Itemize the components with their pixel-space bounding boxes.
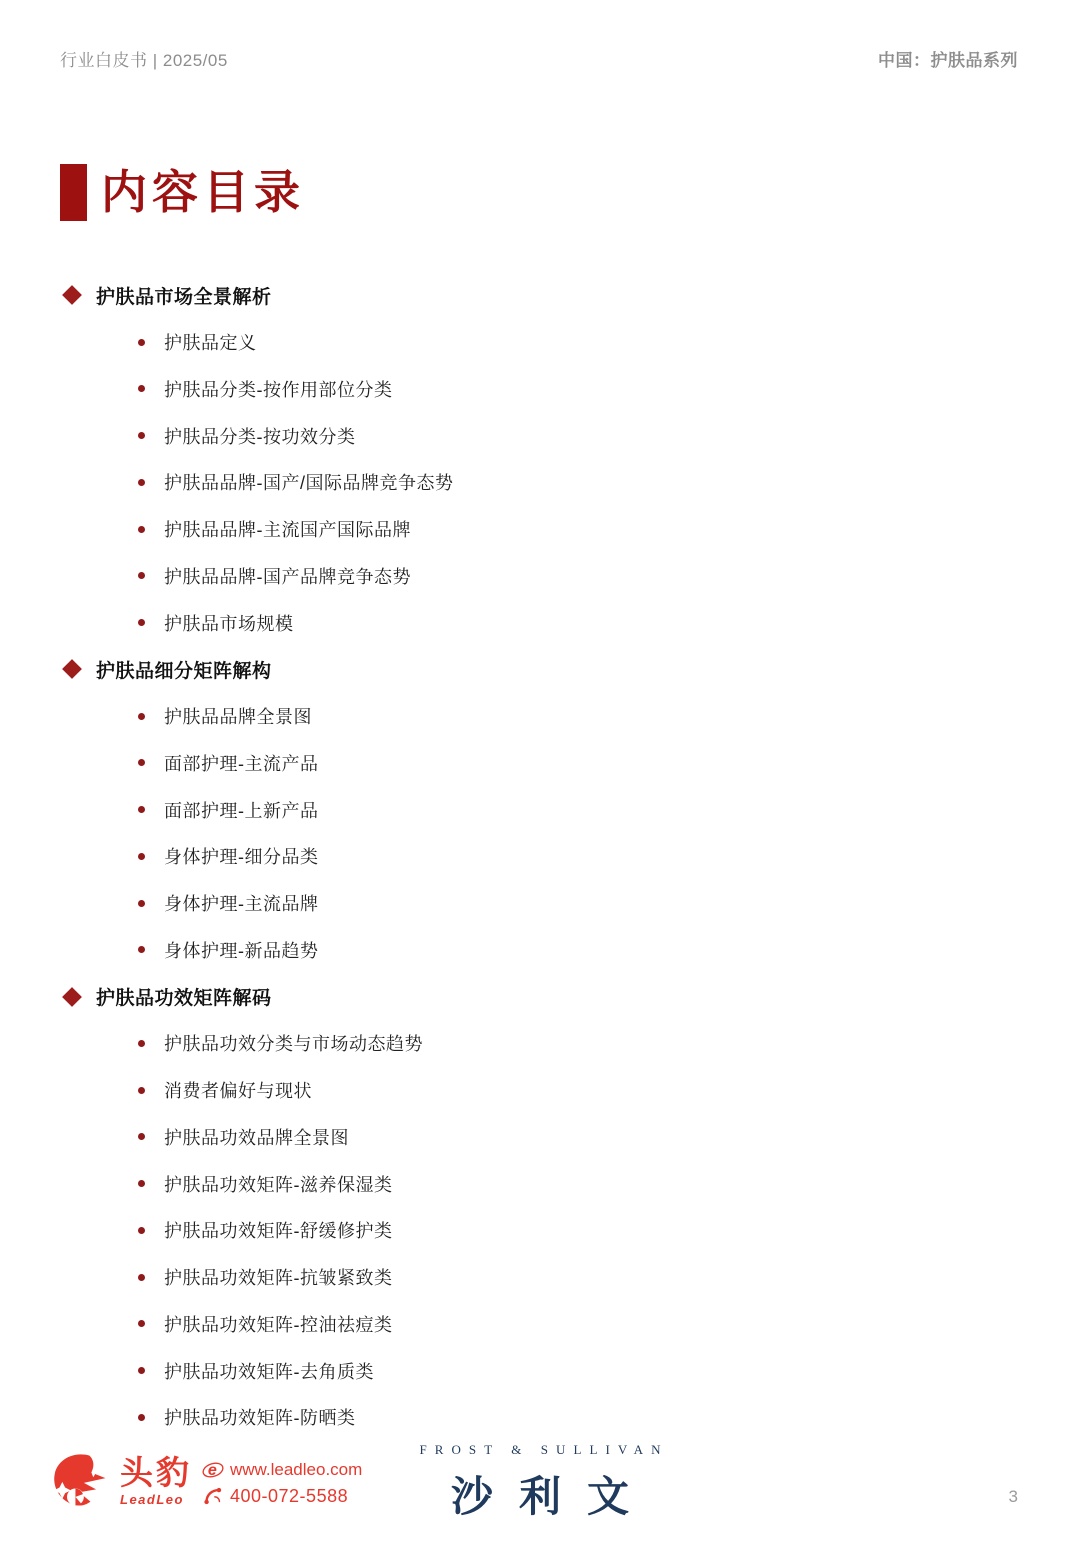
- page-title: 内容目录: [101, 164, 305, 221]
- dot-bullet-icon: [138, 853, 145, 860]
- toc-item[interactable]: 护肤品功效品牌全景图: [60, 1114, 1020, 1161]
- toc-item-label: 护肤品品牌-主流国产国际品牌: [164, 516, 411, 542]
- toc-item-label: 护肤品定义: [164, 329, 257, 355]
- toc-section-label: 护肤品细分矩阵解构: [96, 656, 272, 683]
- toc-item-label: 护肤品功效矩阵-控油祛痘类: [164, 1311, 393, 1337]
- toc-item[interactable]: 护肤品分类-按作用部位分类: [60, 366, 1020, 413]
- toc-item[interactable]: 护肤品品牌-主流国产国际品牌: [60, 506, 1020, 553]
- dot-bullet-icon: [138, 900, 145, 907]
- dot-bullet-icon: [138, 572, 145, 579]
- header-right-label: 中国：护肤品系列: [878, 46, 1018, 71]
- frost-sullivan-cn: 沙利文: [0, 1464, 1080, 1524]
- dot-bullet-icon: [138, 1087, 145, 1094]
- toc-item[interactable]: 护肤品功效矩阵-防晒类: [60, 1394, 1020, 1441]
- toc-item-label: 身体护理-新品趋势: [164, 937, 319, 963]
- frost-sullivan-logo: FROST & SULLIVAN 沙利文: [0, 1442, 1080, 1524]
- toc-item[interactable]: 护肤品功效矩阵-舒缓修护类: [60, 1207, 1020, 1254]
- toc-item-label: 护肤品分类-按功效分类: [164, 423, 356, 449]
- dot-bullet-icon: [138, 1274, 145, 1281]
- toc-item-label: 护肤品分类-按作用部位分类: [164, 376, 393, 402]
- dot-bullet-icon: [138, 1367, 145, 1374]
- toc-item[interactable]: 护肤品品牌全景图: [60, 693, 1020, 740]
- toc-item-label: 护肤品功效矩阵-去角质类: [164, 1358, 374, 1384]
- toc-item[interactable]: 身体护理-细分品类: [60, 833, 1020, 880]
- toc-section-label: 护肤品功效矩阵解码: [96, 983, 272, 1010]
- toc-item-label: 护肤品功效品牌全景图: [164, 1124, 349, 1150]
- toc-item[interactable]: 护肤品品牌-国产品牌竞争态势: [60, 553, 1020, 600]
- dot-bullet-icon: [138, 1040, 145, 1047]
- dot-bullet-icon: [138, 385, 145, 392]
- toc-item-label: 护肤品功效矩阵-防晒类: [164, 1404, 356, 1430]
- diamond-bullet-icon: [62, 659, 82, 679]
- page-header: 行业白皮书 | 2025/05 中国：护肤品系列: [60, 46, 1018, 71]
- toc-section-header[interactable]: 护肤品细分矩阵解构: [60, 646, 1020, 693]
- toc-item-label: 护肤品市场规模: [164, 610, 294, 636]
- toc-item[interactable]: 护肤品分类-按功效分类: [60, 412, 1020, 459]
- toc-item-label: 护肤品品牌-国产/国际品牌竞争态势: [164, 469, 454, 495]
- toc-item[interactable]: 身体护理-主流品牌: [60, 880, 1020, 927]
- toc-item-label: 护肤品品牌全景图: [164, 703, 312, 729]
- toc-item-label: 护肤品功效矩阵-滋养保湿类: [164, 1171, 393, 1197]
- diamond-bullet-icon: [62, 285, 82, 305]
- title-block: 内容目录: [60, 164, 305, 221]
- toc-item-label: 面部护理-主流产品: [164, 750, 319, 776]
- dot-bullet-icon: [138, 759, 145, 766]
- toc-item[interactable]: 护肤品定义: [60, 319, 1020, 366]
- toc-item[interactable]: 消费者偏好与现状: [60, 1067, 1020, 1114]
- dot-bullet-icon: [138, 339, 145, 346]
- toc-item-label: 面部护理-上新产品: [164, 797, 319, 823]
- dot-bullet-icon: [138, 432, 145, 439]
- diamond-bullet-icon: [62, 987, 82, 1007]
- whitepaper-toc-page: 行业白皮书 | 2025/05 中国：护肤品系列 内容目录 护肤品市场全景解析护…: [0, 0, 1080, 1560]
- page-number: 3: [1009, 1487, 1018, 1507]
- toc-item[interactable]: 护肤品市场规模: [60, 599, 1020, 646]
- toc-item[interactable]: 面部护理-主流产品: [60, 740, 1020, 787]
- toc-item[interactable]: 护肤品功效矩阵-滋养保湿类: [60, 1160, 1020, 1207]
- toc-item-label: 护肤品功效分类与市场动态趋势: [164, 1030, 423, 1056]
- toc-item[interactable]: 护肤品功效矩阵-抗皱紧致类: [60, 1254, 1020, 1301]
- dot-bullet-icon: [138, 1180, 145, 1187]
- title-accent-bar: [60, 164, 87, 221]
- dot-bullet-icon: [138, 526, 145, 533]
- toc-item[interactable]: 面部护理-上新产品: [60, 786, 1020, 833]
- dot-bullet-icon: [138, 946, 145, 953]
- toc: 护肤品市场全景解析护肤品定义护肤品分类-按作用部位分类护肤品分类-按功效分类护肤…: [60, 272, 1020, 1441]
- dot-bullet-icon: [138, 479, 145, 486]
- dot-bullet-icon: [138, 1133, 145, 1140]
- dot-bullet-icon: [138, 1227, 145, 1234]
- frost-sullivan-en: FROST & SULLIVAN: [0, 1442, 1080, 1458]
- toc-item[interactable]: 护肤品功效分类与市场动态趋势: [60, 1020, 1020, 1067]
- dot-bullet-icon: [138, 619, 145, 626]
- dot-bullet-icon: [138, 1414, 145, 1421]
- toc-item[interactable]: 护肤品功效矩阵-控油祛痘类: [60, 1301, 1020, 1348]
- dot-bullet-icon: [138, 806, 145, 813]
- toc-item-label: 护肤品功效矩阵-舒缓修护类: [164, 1217, 393, 1243]
- dot-bullet-icon: [138, 1320, 145, 1327]
- toc-item-label: 护肤品品牌-国产品牌竞争态势: [164, 563, 411, 589]
- toc-item[interactable]: 护肤品品牌-国产/国际品牌竞争态势: [60, 459, 1020, 506]
- toc-item-label: 身体护理-主流品牌: [164, 890, 319, 916]
- toc-item-label: 身体护理-细分品类: [164, 843, 319, 869]
- toc-item[interactable]: 护肤品功效矩阵-去角质类: [60, 1347, 1020, 1394]
- toc-section-header[interactable]: 护肤品市场全景解析: [60, 272, 1020, 319]
- toc-item-label: 消费者偏好与现状: [164, 1077, 312, 1103]
- toc-section-header[interactable]: 护肤品功效矩阵解码: [60, 973, 1020, 1020]
- toc-item-label: 护肤品功效矩阵-抗皱紧致类: [164, 1264, 393, 1290]
- header-left-label: 行业白皮书 | 2025/05: [60, 46, 228, 71]
- toc-section-label: 护肤品市场全景解析: [96, 282, 272, 309]
- toc-item[interactable]: 身体护理-新品趋势: [60, 927, 1020, 974]
- dot-bullet-icon: [138, 713, 145, 720]
